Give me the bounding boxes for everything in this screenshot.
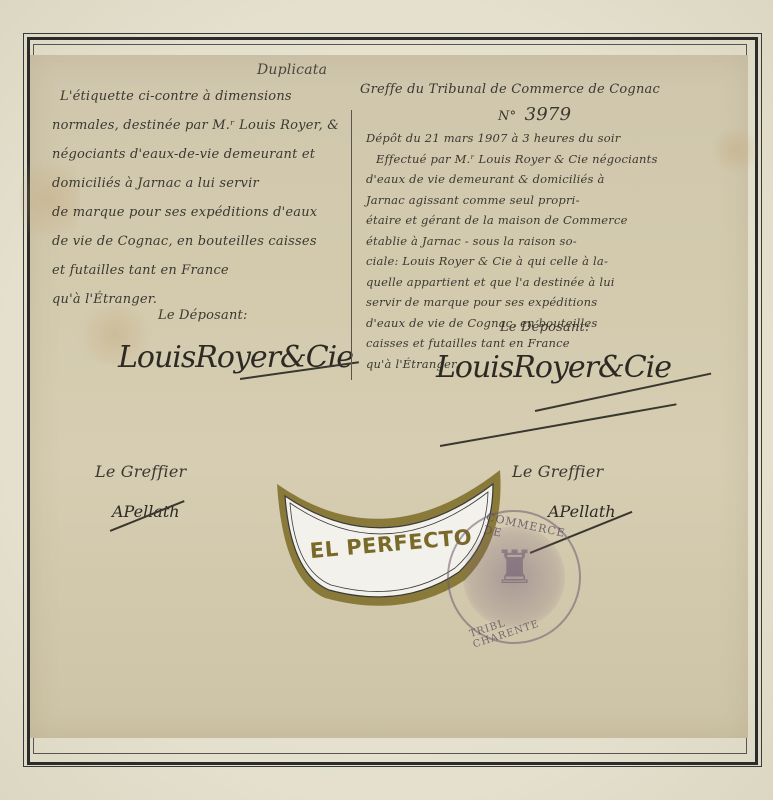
right-text-block: Dépôt du 21 mars 1907 à 3 heures du soir… xyxy=(366,128,658,374)
record-number-label: N° xyxy=(498,109,516,124)
right-line: Dépôt du 21 mars 1907 à 3 heures du soir xyxy=(366,128,658,149)
right-line: servir de marque pour ses expéditions xyxy=(366,292,658,313)
right-line: ciale: Louis Royer & Cie à qui celle à l… xyxy=(366,251,658,272)
right-line: quelle appartient et que l'a destinée à … xyxy=(366,272,658,293)
right-depositor-label: Le Déposant: xyxy=(500,320,590,335)
column-divider xyxy=(351,110,352,380)
left-line: domiciliés à Jarnac a lui servir xyxy=(52,169,339,198)
right-line: Effectué par M.ʳ Louis Royer & Cie négoc… xyxy=(366,149,658,170)
left-clerk-label: Le Greffier xyxy=(95,462,186,481)
left-line: et futailles tant en France xyxy=(52,256,339,285)
court-stamp: COMMERCE DE ♜ TRIBL CHARENTE xyxy=(447,510,581,644)
court-heading: Greffe du Tribunal de Commerce de Cognac xyxy=(360,82,660,97)
right-clerk-signature: APellath xyxy=(548,502,616,521)
right-line: étaire et gérant de la maison de Commerc… xyxy=(366,210,658,231)
record-number: N° 3979 xyxy=(498,104,571,125)
left-line: de vie de Cognac, en bouteilles caisses xyxy=(52,227,339,256)
liberty-figure-icon: ♜ xyxy=(494,540,535,594)
left-depositor-label: Le Déposant: xyxy=(158,308,248,323)
duplicata-note: Duplicata xyxy=(257,62,327,78)
right-depositor-signature: LouisRoyer&Cie xyxy=(436,350,671,385)
paper-stain xyxy=(710,125,760,175)
left-line: normales, destinée par M.ʳ Louis Royer, … xyxy=(52,111,339,140)
record-number-value: 3979 xyxy=(525,104,572,125)
right-line: Jarnac agissant comme seul propri- xyxy=(366,190,658,211)
left-line: L'étiquette ci-contre à dimensions xyxy=(52,82,339,111)
right-clerk-label: Le Greffier xyxy=(512,462,603,481)
left-depositor-signature: LouisRoyer&Cie xyxy=(118,340,353,375)
left-line: de marque pour ses expéditions d'eaux xyxy=(52,198,339,227)
left-text-block: L'étiquette ci-contre à dimensions norma… xyxy=(52,82,339,314)
left-line: négociants d'eaux-de-vie demeurant et xyxy=(52,140,339,169)
right-line: d'eaux de vie demeurant & domiciliés à xyxy=(366,169,658,190)
right-line: établie à Jarnac - sous la raison so- xyxy=(366,231,658,252)
